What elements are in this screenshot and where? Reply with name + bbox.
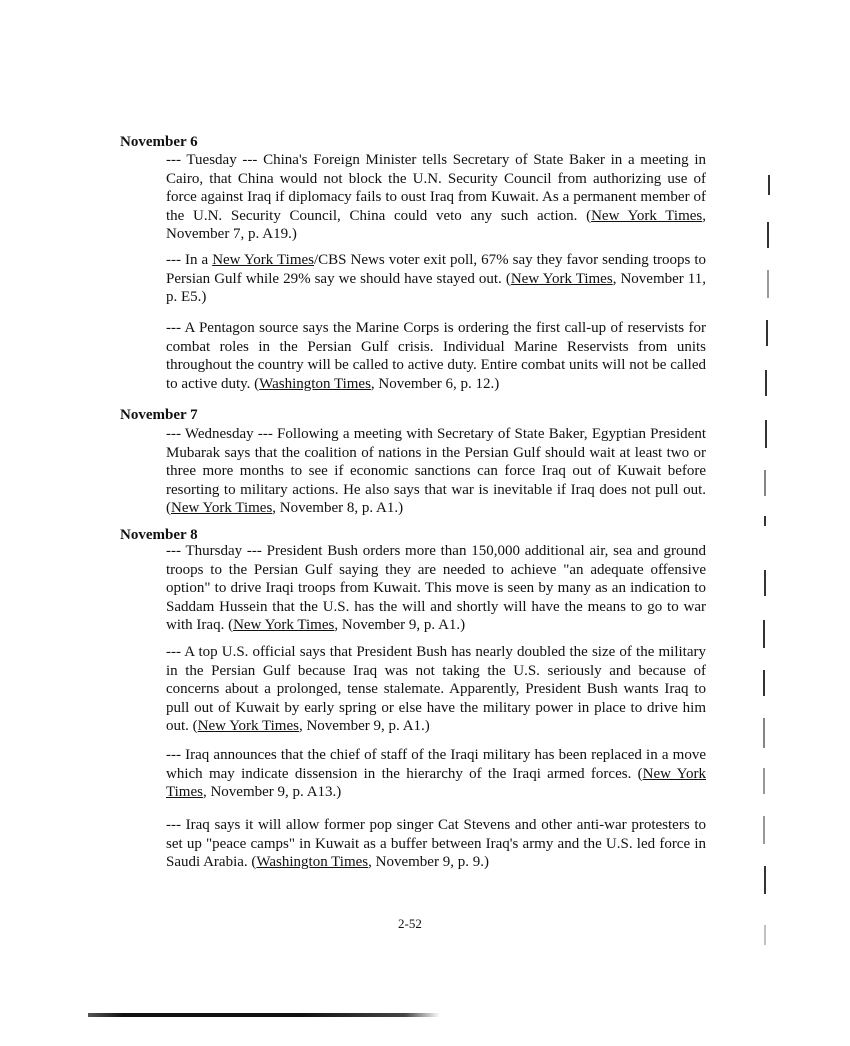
source-citation: New York Times	[511, 271, 613, 287]
section-date: November 6	[120, 133, 198, 151]
scan-mark	[765, 420, 767, 448]
scan-edge-bar	[88, 1013, 440, 1017]
source-citation: Washington Times	[256, 854, 368, 870]
scan-mark	[764, 516, 766, 526]
scan-mark	[767, 222, 769, 248]
scan-mark	[764, 570, 766, 596]
source-citation: Washington Times	[259, 376, 371, 392]
entry: --- A top U.S. official says that Presid…	[166, 643, 706, 736]
page-number: 2-52	[398, 916, 422, 932]
entry: --- In a New York Times/CBS News voter e…	[166, 251, 706, 307]
entry: --- Thursday --- President Bush orders m…	[166, 542, 706, 635]
entry: --- Iraq says it will allow former pop s…	[166, 816, 706, 872]
scan-mark	[765, 370, 767, 396]
entry: --- Tuesday --- China's Foreign Minister…	[166, 151, 706, 244]
source-citation: New York Times	[198, 718, 299, 734]
entry: --- Wednesday --- Following a meeting wi…	[166, 425, 706, 518]
scan-mark	[763, 718, 765, 748]
scan-mark	[763, 620, 765, 648]
scan-mark	[768, 175, 770, 195]
source-citation: New York Times	[591, 208, 702, 224]
scan-mark	[764, 925, 766, 945]
scan-mark	[764, 470, 766, 496]
source-citation: New York Times	[212, 252, 314, 268]
section-date: November 7	[120, 406, 198, 424]
source-citation: New York Times	[233, 617, 334, 633]
scan-mark	[763, 816, 765, 844]
entry: --- A Pentagon source says the Marine Co…	[166, 319, 706, 393]
scan-mark	[763, 670, 765, 696]
scan-mark	[767, 270, 769, 298]
scan-mark	[764, 866, 766, 894]
scan-mark	[766, 320, 768, 346]
scan-mark	[763, 768, 765, 794]
entry: --- Iraq announces that the chief of sta…	[166, 746, 706, 802]
source-citation: New York Times	[171, 500, 272, 516]
